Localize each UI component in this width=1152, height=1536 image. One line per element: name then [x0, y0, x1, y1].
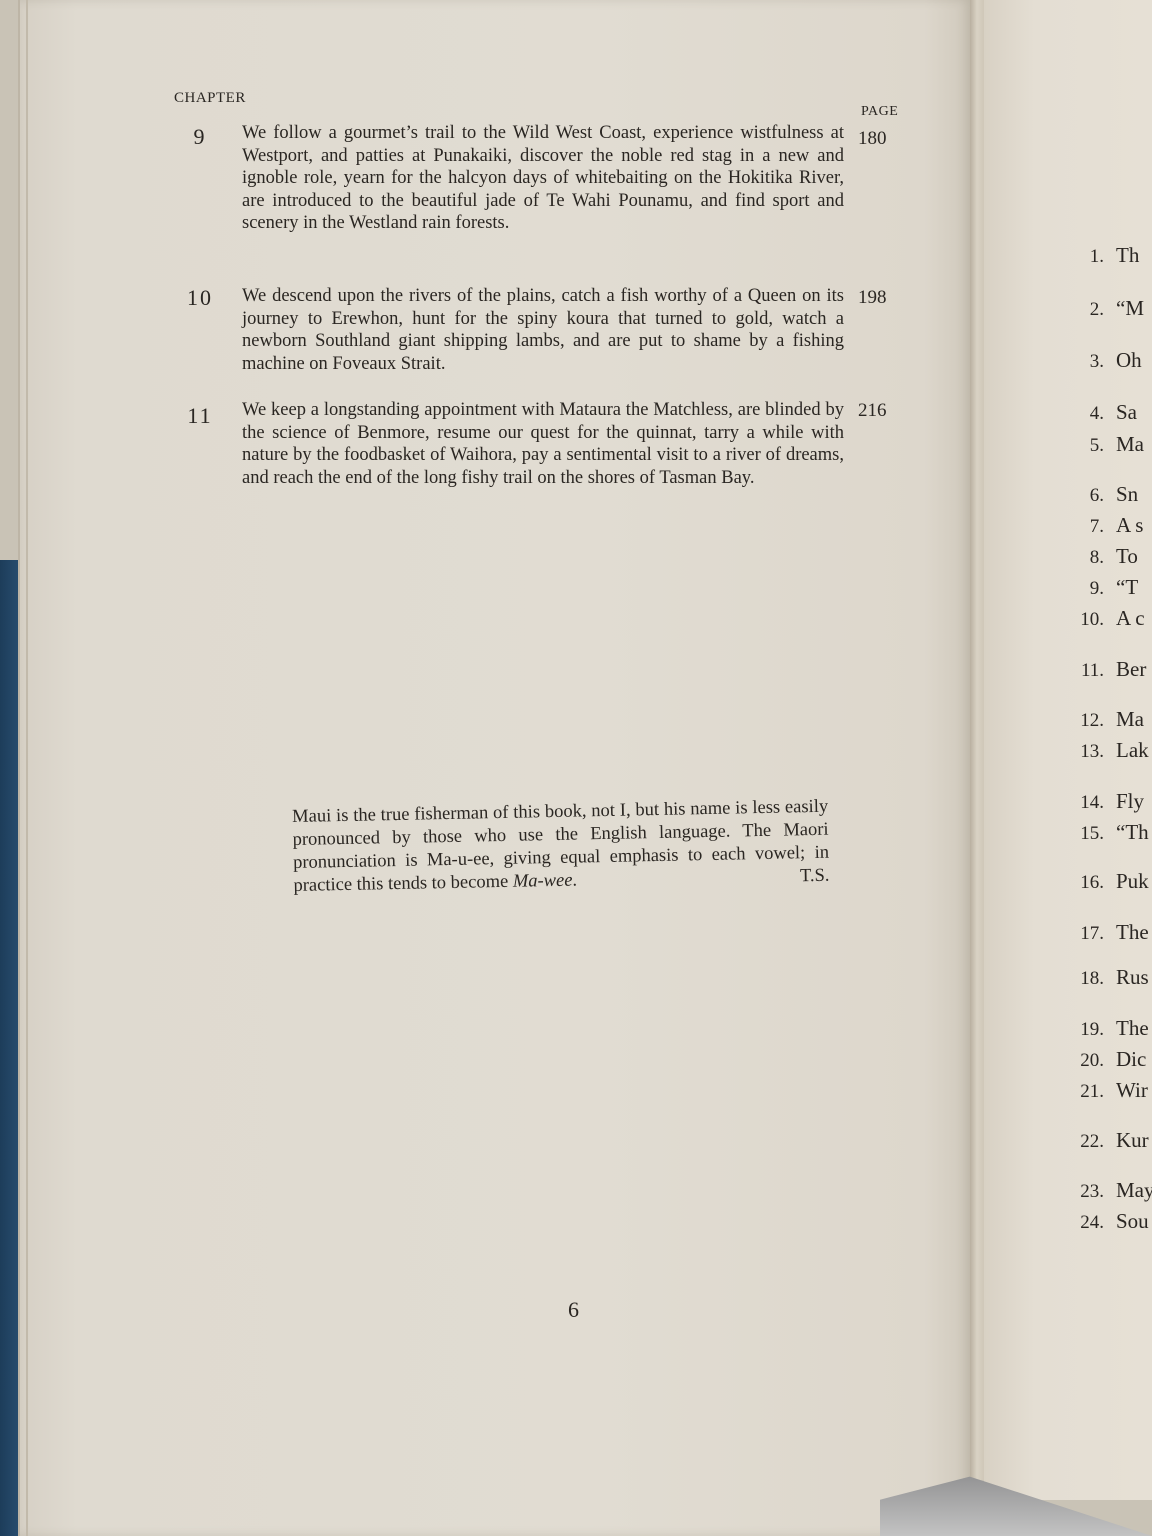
chapter-page-number: 180 [858, 128, 908, 150]
chapter-page-number: 198 [858, 287, 908, 309]
plate-item: 2.“M [1052, 296, 1144, 321]
chapter-column-heading: CHAPTER [174, 90, 246, 107]
chapter-page-number: 216 [858, 400, 908, 422]
plate-item: 9.“T [1052, 575, 1138, 600]
page-column-heading: PAGE [861, 104, 898, 120]
plate-item: 1.Th [1052, 243, 1139, 268]
plate-item: 16.Puk [1052, 869, 1149, 894]
author-note-end: . [572, 871, 577, 891]
plate-item: 12.Ma [1052, 707, 1144, 732]
plate-item: 17.The [1052, 920, 1149, 945]
plate-item: 4.Sa [1052, 400, 1137, 425]
plates-list-partial: 1.Th 2.“M 3.Oh 4.Sa 5.Ma 6.Sn 7.A s 8.To… [1052, 0, 1152, 1300]
plate-item: 13.Lak [1052, 738, 1149, 763]
plate-item: 24.Sou [1052, 1209, 1149, 1234]
plate-item: 21.Wir [1052, 1078, 1148, 1103]
plate-item: 5.Ma [1052, 432, 1144, 457]
chapter-number: 11 [170, 403, 230, 429]
author-note: Maui is the true fisherman of this book,… [292, 796, 830, 898]
plate-item: 15.“Th [1052, 820, 1149, 845]
plate-item: 23.May [1052, 1178, 1152, 1203]
chapter-summary: We descend upon the rivers of the plains… [242, 285, 844, 375]
chapter-summary: We follow a gourmet’s trail to the Wild … [242, 122, 844, 235]
plate-item: 10.A c [1052, 606, 1145, 631]
plate-item: 19.The [1052, 1016, 1149, 1041]
page-number: 6 [568, 1297, 579, 1323]
plate-item: 7.A s [1052, 513, 1143, 538]
plate-item: 18.Rus [1052, 965, 1149, 990]
plate-item: 3.Oh [1052, 348, 1142, 373]
chapter-number: 9 [170, 124, 230, 150]
plate-item: 14.Fly [1052, 789, 1144, 814]
plate-item: 8.To [1052, 544, 1138, 569]
chapter-number: 10 [170, 285, 230, 311]
plate-item: 22.Kur [1052, 1128, 1149, 1153]
author-note-italic: Ma-wee [513, 871, 573, 892]
plate-item: 6.Sn [1052, 482, 1138, 507]
plate-item: 11.Ber [1052, 657, 1146, 682]
plate-item: 20.Dic [1052, 1047, 1146, 1072]
chapter-summary: We keep a longstanding appointment with … [242, 399, 844, 489]
book-gutter [970, 0, 984, 1480]
